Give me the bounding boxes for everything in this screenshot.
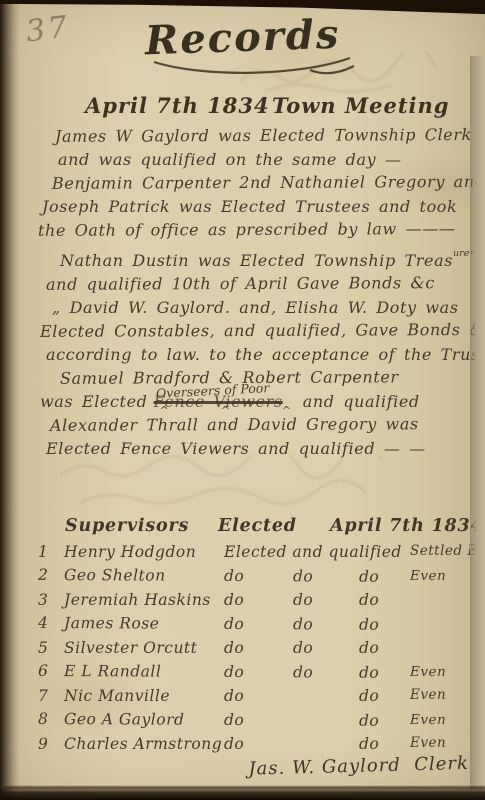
ditto-1: do xyxy=(224,639,244,657)
adjacent-page-edge xyxy=(470,56,485,790)
row-number: 5 xyxy=(38,639,48,657)
ditto-3: do xyxy=(359,735,379,753)
title-underline-flourish xyxy=(150,54,362,80)
ditto-1: do xyxy=(224,615,244,633)
record-line: Benjamin Carpenter 2nd Nathaniel Gregory… xyxy=(0,170,485,196)
ditto-1: do xyxy=(224,591,244,609)
supervisor-row: 5Silvester Orcuttdododo xyxy=(0,639,485,663)
correction-before: was Elected xyxy=(40,392,148,411)
record-line: Elected Constables, and qualified, Gave … xyxy=(0,318,485,344)
record-line: and qualified 10th of April Gave Bonds &… xyxy=(0,271,485,297)
record-line: Elected Fence Viewers and qualified — — xyxy=(0,437,485,461)
ditto-2: do xyxy=(293,615,313,633)
record-line: according to law. to the acceptance of t… xyxy=(0,343,485,367)
ditto-3: do xyxy=(359,568,379,586)
supervisor-row: 2Geo SheltondododoEven xyxy=(0,566,485,593)
struck-out-text: Fence ViewersOverseers of Poor^ ^ ^ xyxy=(154,390,283,414)
ditto-2: do xyxy=(293,591,313,609)
row-number: 2 xyxy=(38,566,48,584)
supervisor-row: 7Nic ManvilledodoEven xyxy=(0,687,485,711)
ditto-2: do xyxy=(293,567,313,585)
record-line: Joseph Patrick was Elected Trustees and … xyxy=(0,195,485,219)
record-line: and was qualified on the same day — xyxy=(0,148,485,172)
supervisors-label: Supervisors xyxy=(65,516,189,536)
meeting-title: Town Meeting xyxy=(272,93,449,118)
supervisor-name: Geo Shelton xyxy=(64,566,166,585)
supervisor-name: Charles Armstrong xyxy=(64,735,222,753)
supervisor-name: Jeremiah Haskins xyxy=(64,591,211,609)
record-line-correction: was ElectedFence ViewersOverseers of Poo… xyxy=(0,390,485,414)
supervisor-row: 1Henry HodgdonElected and qualifiedSettl… xyxy=(0,543,485,567)
ditto-1: do xyxy=(224,735,244,753)
ditto-1: do xyxy=(224,687,244,705)
supervisors-date: April 7th 1834 xyxy=(330,516,483,536)
row-note: Even xyxy=(410,735,446,751)
row-note: Even xyxy=(410,664,446,680)
record-line: Alexander Thrall and David Gregory was xyxy=(0,412,485,438)
ditto-1: Elected and qualified xyxy=(224,543,402,561)
book-binding-edge xyxy=(0,0,20,800)
supervisor-name: Geo A Gaylord xyxy=(64,710,185,729)
ditto-3: do xyxy=(359,664,379,682)
ditto-2: do xyxy=(293,663,313,681)
meeting-heading: April 7th 1834 Town Meeting xyxy=(0,93,485,119)
row-note: Even xyxy=(410,712,446,728)
ditto-1: do xyxy=(224,567,244,585)
ditto-3: do xyxy=(359,639,379,657)
book-cover-bottom-edge xyxy=(0,786,485,800)
treasurer-text: Nathan Dustin was Elected Township Treas xyxy=(60,251,453,270)
ditto-3: do xyxy=(359,616,379,634)
meeting-minutes: James W Gaylord was Elected Township Cle… xyxy=(0,124,485,460)
row-number: 7 xyxy=(38,687,48,705)
row-note: Even xyxy=(410,687,446,703)
meeting-date: April 7th 1834 xyxy=(85,93,270,118)
supervisors-heading: Supervisors Elected April 7th 1834 xyxy=(0,516,485,542)
supervisor-row: 8Geo A GaylorddodoEven xyxy=(0,710,485,737)
supervisor-row: 6E L RandalldododoEven xyxy=(0,662,485,689)
row-number: 8 xyxy=(38,710,48,728)
ditto-3: do xyxy=(359,591,379,609)
record-line: „ David W. Gaylord. and, Elisha W. Doty … xyxy=(0,296,485,320)
supervisor-name: E L Randall xyxy=(64,662,161,681)
supervisor-row: 3Jeremiah Haskinsdododo xyxy=(0,591,485,615)
record-line: the Oath of office as prescribed by law … xyxy=(0,217,485,243)
row-number: 9 xyxy=(38,735,48,753)
show-through-ink xyxy=(55,455,445,517)
supervisor-row: 4James Rosedododo xyxy=(0,614,485,641)
row-number: 6 xyxy=(38,662,48,680)
ditto-1: do xyxy=(224,663,244,681)
supervisors-list: 1Henry HodgdonElected and qualifiedSettl… xyxy=(0,543,485,759)
row-number: 3 xyxy=(38,591,48,609)
record-line-treasurer: Nathan Dustin was Elected Township Treas… xyxy=(0,242,485,273)
supervisors-elected-label: Elected xyxy=(218,516,297,536)
record-line: James W Gaylord was Elected Township Cle… xyxy=(0,123,485,149)
ditto-3: do xyxy=(359,687,379,705)
row-note: Even xyxy=(410,568,446,584)
row-number: 1 xyxy=(38,543,48,561)
ditto-2: do xyxy=(293,639,313,657)
ditto-3: do xyxy=(359,712,379,730)
ditto-1: do xyxy=(224,711,244,729)
supervisor-name: Nic Manville xyxy=(64,687,170,705)
supervisor-name: Henry Hodgdon xyxy=(64,543,196,561)
supervisor-name: Silvester Orcutt xyxy=(64,639,197,657)
record-book-page: 37 Records April 7th 1834 Town Meeting J… xyxy=(0,0,485,800)
supervisor-name: James Rose xyxy=(64,614,159,632)
row-number: 4 xyxy=(38,614,48,632)
correction-after: and qualified xyxy=(303,392,420,411)
